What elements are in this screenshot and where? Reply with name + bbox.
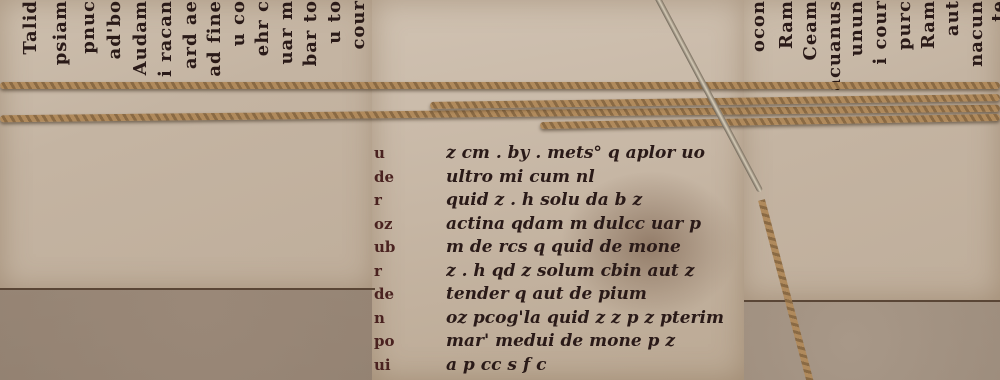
text-column: ad fine: [204, 0, 225, 77]
manuscript-line: oz pcog'la quid z z p z pterim: [446, 307, 746, 331]
margin-letter: r: [374, 189, 396, 213]
text-column: unun: [846, 0, 867, 56]
text-column: te: [988, 0, 1000, 22]
text-column: aut: [942, 0, 963, 36]
text-column: i racan: [155, 0, 176, 77]
text-column: purc: [894, 0, 915, 50]
text-column: Talid: [20, 0, 41, 55]
margin-letters: u de r oz ub r de n po ui: [374, 142, 396, 377]
margin-letter: u: [374, 142, 396, 166]
text-column: cour: [348, 0, 369, 50]
margin-letter: n: [374, 307, 396, 331]
text-column: nacun: [966, 0, 987, 67]
margin-letter: oz: [374, 213, 396, 237]
manuscript-line: m de rcs q quid de mone: [446, 236, 746, 260]
text-column: u to: [324, 0, 345, 44]
manuscript-line: z . h qd z solum cbin aut z: [446, 260, 746, 284]
manuscript-line: actina qdam m dulcc uar p: [446, 213, 746, 237]
manuscript-text-block: z cm . by . mets° q aplor uo ultro mi cu…: [446, 142, 746, 377]
text-column: bar to: [300, 0, 321, 66]
text-column: i cour: [870, 0, 891, 65]
margin-letter: ui: [374, 354, 396, 378]
margin-letter: ub: [374, 236, 396, 260]
margin-letter: r: [374, 260, 396, 284]
text-column: ocon: [748, 0, 769, 52]
text-column: ad'bo: [104, 0, 125, 59]
text-column: ehr c: [252, 0, 273, 56]
manuscript-line: ultro mi cum nl: [446, 166, 746, 190]
margin-letter: de: [374, 166, 396, 190]
manuscript-line: tender q aut de pium: [446, 283, 746, 307]
text-column: Ceam: [800, 0, 821, 61]
margin-letter: po: [374, 330, 396, 354]
fragment-edge: [0, 288, 375, 290]
text-column: Ram: [918, 0, 939, 49]
text-column: Audam: [130, 0, 151, 75]
manuscript-line: z cm . by . mets° q aplor uo: [446, 142, 746, 166]
text-column: psiam: [50, 0, 71, 65]
fragment-edge: [744, 300, 1000, 302]
margin-letter: de: [374, 283, 396, 307]
text-column: u co: [228, 0, 249, 46]
text-column: acuanus: [824, 0, 845, 91]
text-column: ard ae: [180, 0, 201, 69]
text-column: Ram: [776, 0, 797, 49]
manuscript-line: quid z . h solu da b z: [446, 189, 746, 213]
manuscript-line: a p cc s f c: [446, 354, 746, 378]
twine-strand: [0, 82, 1000, 89]
manuscript-line: mar' medui de mone p z: [446, 330, 746, 354]
text-column: pnuc: [78, 0, 99, 54]
text-column: uar m: [276, 0, 297, 65]
